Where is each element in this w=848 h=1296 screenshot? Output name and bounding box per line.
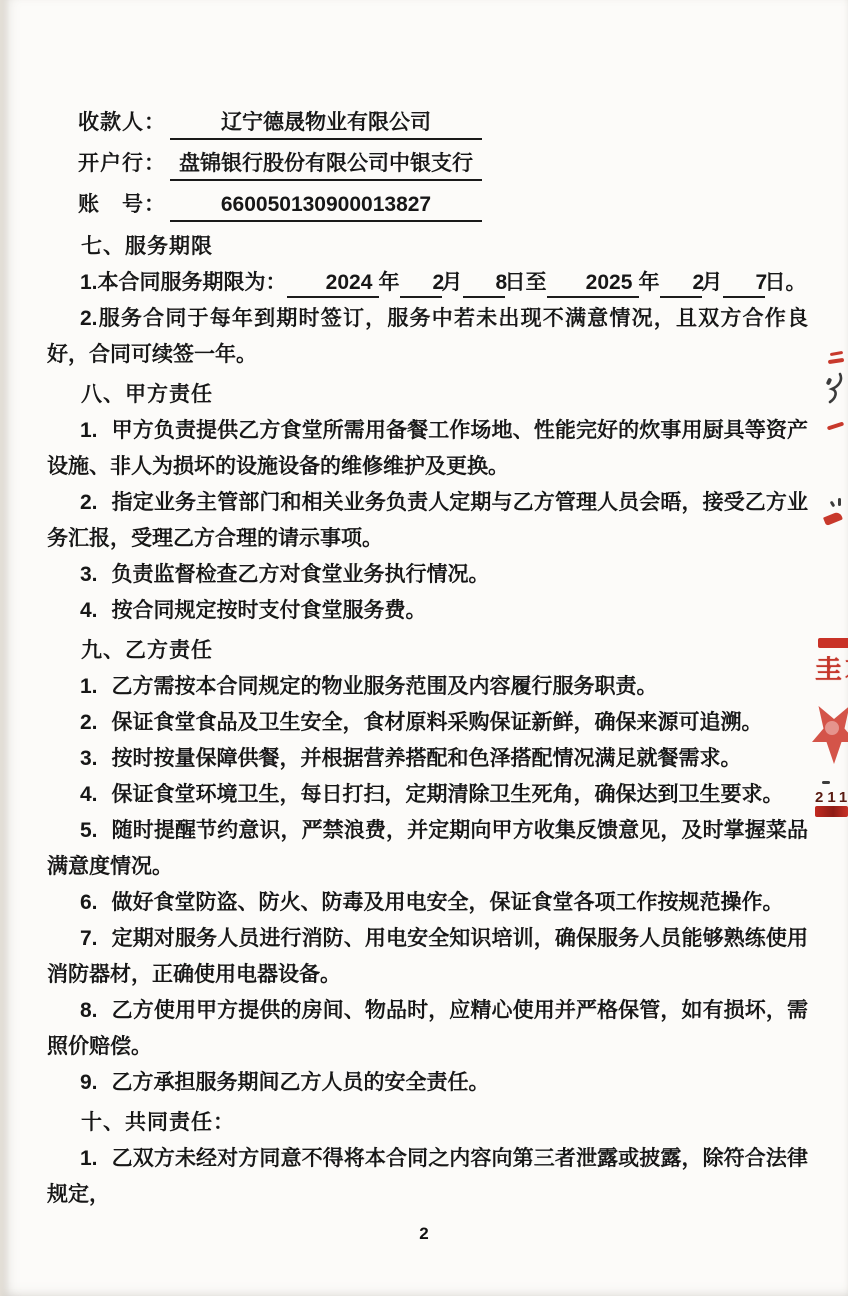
clause-number: 1.: [80, 675, 98, 698]
ink-tick-icon: [830, 501, 836, 508]
scanned-contract-page: 收款人：辽宁德晟物业有限公司 开户行：盘锦银行股份有限公司中银支行 账 号：66…: [0, 0, 848, 1296]
clause-number: 1.: [80, 1147, 98, 1170]
clause-text: 做好食堂防盗、防火、防毒及用电安全，保证食堂各项工作按规范操作。: [112, 891, 784, 914]
bank-row-payee: 收款人：辽宁德晟物业有限公司: [78, 102, 808, 143]
renewal-clause: 2.服务合同于每年到期时签订，服务中若未出现不满意情况，且双方合作良好，合同可续…: [47, 301, 808, 373]
clause-text: 保证食堂环境卫生，每日打扫，定期清除卫生死角，确保达到卫生要求。: [112, 783, 784, 806]
clause-text: 按合同规定按时支付食堂服务费。: [112, 599, 427, 622]
account-value: 660050130900013827: [221, 193, 431, 216]
term-prefix: 1.本合同服务期限为：: [80, 271, 287, 294]
term-year-label-1: 年: [379, 271, 400, 294]
term-month-label-2: 月: [702, 271, 723, 294]
seal-ink-dash-icon: [830, 351, 843, 356]
payee-label: 收款人：: [78, 111, 166, 134]
clause-number: 4.: [80, 783, 98, 806]
clause-text: 甲方负责提供乙方食堂所需用备餐工作场地、性能完好的炊事用厨具等资产设施、非人为损…: [47, 419, 808, 478]
clause-item: 6.做好食堂防盗、防火、防毒及用电安全，保证食堂各项工作按规范操作。: [47, 885, 808, 921]
clause-number: 6.: [80, 891, 98, 914]
clause-item: 7.定期对服务人员进行消防、用电安全知识培训，确保服务人员能够熟练使用消防器材，…: [47, 921, 808, 993]
clause-item: 3.按时按量保障供餐，并根据营养搭配和色泽搭配情况满足就餐需求。: [47, 741, 808, 777]
seal-characters: 圭才: [815, 656, 848, 682]
seal-ink-wedge-icon: [823, 511, 843, 526]
term-blank-year-start: 2024: [287, 270, 379, 298]
clause-text: 乙方需按本合同规定的物业服务范围及内容履行服务职责。: [112, 675, 658, 698]
term-blank-day-start: 8: [463, 270, 505, 298]
term-blank-year-end: 2025: [547, 270, 639, 298]
section-7-heading: 七、服务期限: [81, 229, 808, 265]
clause-item: 4.保证食堂环境卫生，每日打扫，定期清除卫生死角，确保达到卫生要求。: [47, 777, 808, 813]
clause-number: 1.: [80, 419, 98, 442]
term-end-label: 日。: [765, 271, 807, 294]
clause-item: 8.乙方使用甲方提供的房间、物品时，应精心使用并严格保管，如有损坏，需照价赔偿。: [47, 993, 808, 1065]
clause-item: 2.保证食堂食品及卫生安全，食材原料采购保证新鲜，确保来源可追溯。: [47, 705, 808, 741]
term-to-label: 日至: [505, 271, 547, 294]
clause-item: 1.乙方需按本合同规定的物业服务范围及内容履行服务职责。: [47, 669, 808, 705]
section-9-heading: 九、乙方责任: [81, 633, 808, 669]
bank-row-account: 账 号：660050130900013827: [78, 184, 808, 225]
seal-ink-dash-icon: [828, 358, 844, 364]
clause-text: 指定业务主管部门和相关业务负责人定期与乙方管理人员会晤，接受乙方业务汇报，受理乙…: [47, 491, 808, 550]
term-year-label-2: 年: [639, 271, 660, 294]
clause-item: 9.乙方承担服务期间乙方人员的安全责任。: [47, 1065, 808, 1101]
term-blank-month-start: 2: [400, 270, 442, 298]
clause-number: 2.: [80, 491, 98, 514]
clause-number: 7.: [80, 927, 98, 950]
clause-number: 3.: [80, 747, 98, 770]
clause-number: 2.: [80, 711, 98, 734]
clause-item: 2.指定业务主管部门和相关业务负责人定期与乙方管理人员会晤，接受乙方业务汇报，受…: [47, 485, 808, 557]
payee-value: 辽宁德晟物业有限公司: [221, 111, 431, 134]
ink-tick-icon: [838, 498, 841, 506]
clause-text: 按时按量保障供餐，并根据营养搭配和色泽搭配情况满足就餐需求。: [112, 747, 742, 770]
clause-number: 4.: [80, 599, 98, 622]
clause-text: 负责监督检查乙方对食堂业务执行情况。: [112, 563, 490, 586]
seal-digits: 2111: [815, 789, 848, 806]
seal-ink-dash-icon: [827, 421, 844, 430]
section-10-heading: 十、共同责任：: [81, 1105, 808, 1141]
seal-bar-top-icon: [818, 638, 848, 648]
bank-name-value: 盘锦银行股份有限公司中银支行: [179, 152, 473, 175]
account-underline: 660050130900013827: [170, 190, 482, 222]
section-8-heading: 八、甲方责任: [81, 377, 808, 413]
clause-number: 3.: [80, 563, 98, 586]
term-blank-day-end: 7: [723, 270, 765, 298]
clause-item: 4.按合同规定按时支付食堂服务费。: [47, 593, 808, 629]
clause-number: 8.: [80, 999, 98, 1022]
seal-bar-bottom-icon: [815, 806, 848, 817]
ink-speck-icon: [826, 377, 833, 385]
clause-text: 保证食堂食品及卫生安全，食材原料采购保证新鲜，确保来源可追溯。: [112, 711, 763, 734]
payee-underline: 辽宁德晟物业有限公司: [170, 108, 482, 140]
clause-number: 5.: [80, 819, 98, 842]
clause-item: 1.甲方负责提供乙方食堂所需用备餐工作场地、性能完好的炊事用厨具等资产设施、非人…: [47, 413, 808, 485]
clause-item: 3.负责监督检查乙方对食堂业务执行情况。: [47, 557, 808, 593]
bank-name-label: 开户行：: [78, 152, 166, 175]
page-number: 2: [0, 1224, 848, 1244]
bank-name-underline: 盘锦银行股份有限公司中银支行: [170, 149, 482, 181]
clause-text: 乙方使用甲方提供的房间、物品时，应精心使用并严格保管，如有损坏，需照价赔偿。: [47, 999, 808, 1058]
term-month-label-1: 月: [442, 271, 463, 294]
ink-dash-icon: [822, 781, 830, 784]
term-line: 1.本合同服务期限为：2024年2月8日至2025年2月7日。: [47, 265, 808, 301]
clause-text: 随时提醒节约意识，严禁浪费，并定期向甲方收集反馈意见，及时掌握菜品满意度情况。: [47, 819, 808, 878]
clause-item: 1.乙双方未经对方同意不得将本合同之内容向第三者泄露或披露，除符合法律规定，: [47, 1141, 808, 1213]
bank-info-block: 收款人：辽宁德晟物业有限公司 开户行：盘锦银行股份有限公司中银支行 账 号：66…: [47, 102, 808, 225]
clause-text: 乙方承担服务期间乙方人员的安全责任。: [112, 1071, 490, 1094]
document-body: 收款人：辽宁德晟物业有限公司 开户行：盘锦银行股份有限公司中银支行 账 号：66…: [47, 102, 808, 1213]
term-blank-month-end: 2: [660, 270, 702, 298]
seal-star-icon: [812, 698, 848, 766]
clause-text: 定期对服务人员进行消防、用电安全知识培训，确保服务人员能够熟练使用消防器材，正确…: [47, 927, 808, 986]
clause-number: 9.: [80, 1071, 98, 1094]
clause-text: 乙双方未经对方同意不得将本合同之内容向第三者泄露或披露，除符合法律规定，: [47, 1147, 808, 1206]
bank-row-bank: 开户行：盘锦银行股份有限公司中银支行: [78, 143, 808, 184]
account-label: 账 号：: [78, 193, 166, 216]
clause-item: 5.随时提醒节约意识，严禁浪费，并定期向甲方收集反馈意见，及时掌握菜品满意度情况…: [47, 813, 808, 885]
